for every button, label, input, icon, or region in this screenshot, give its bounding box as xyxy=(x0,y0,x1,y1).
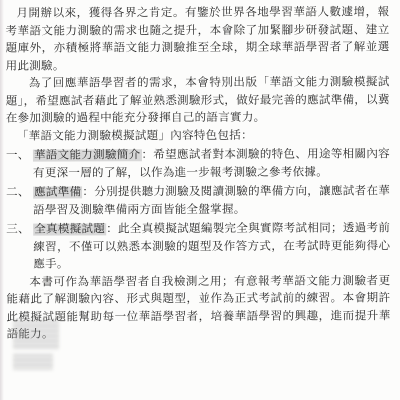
features-intro-line: 「華語文能力測驗模擬試題」內容特色包括： xyxy=(6,127,390,146)
list-item-2-number: 二、 xyxy=(6,185,33,220)
list-item-3-body: 全真模擬試題：此全真模擬試題編製完全與實際考試相同；透過考前練習，不僅可以熟悉本… xyxy=(33,220,390,274)
list-item-1-number: 一、 xyxy=(6,148,33,183)
faint-stamp-mark-upper xyxy=(13,320,59,350)
list-item-2-separator: ： xyxy=(82,186,94,198)
list-item-1-separator: ： xyxy=(141,149,153,161)
highlighted-heading-test-intro: 華語文能力測驗簡介 xyxy=(33,149,142,161)
list-item-3: 三、 全真模擬試題：此全真模擬試題編製完全與實際考試相同；透過考前練習，不僅可以… xyxy=(6,220,390,274)
list-item-1: 一、 華語文能力測驗簡介：希望應試者對本測驗的特色、用途等相關內容有更深一層的了… xyxy=(6,146,390,182)
list-item-3-number: 三、 xyxy=(6,222,33,275)
list-item-2-body: 應試準備：分別提供聽力測驗及閱讀測驗的準備方向，讓應試者在華語學習及測驗準備兩方… xyxy=(33,183,390,219)
list-item-1-body: 華語文能力測驗簡介：希望應試者對本測驗的特色、用途等相關內容有更深一層的了解，以… xyxy=(33,146,390,182)
paragraph-continuation: 月開辦以來，獲得各界之肯定。有鑒於世界各地學習華語人數遽增，報考華語文能力測驗的… xyxy=(5,4,389,75)
list-item-3-separator: ： xyxy=(106,223,118,235)
faint-stamp-texture xyxy=(13,354,53,370)
document-text-block: 月開辦以來，獲得各界之肯定。有鑒於世界各地學習華語人數遽增，報考華語文能力測驗的… xyxy=(0,0,400,344)
highlighted-heading-exam-prep: 應試準備 xyxy=(33,186,82,198)
list-item-2: 二、 應試準備：分別提供聽力測驗及閱讀測驗的準備方向，讓應試者在華語學習及測驗準… xyxy=(6,183,390,219)
highlighted-heading-mock-test: 全真模擬試題 xyxy=(33,223,106,235)
paragraph-closing: 本書可作為華語學習者自我檢測之用；有意報考華語文能力測驗者更能藉此了解測驗內容、… xyxy=(6,273,390,344)
paragraph-purpose: 為了回應華語學習者的需求，本會特別出版「華語文能力測驗模擬試題」，希望應試者藉此… xyxy=(6,74,390,128)
faint-stamp-texture xyxy=(13,320,59,350)
scanned-document-page: 月開辦以來，獲得各界之肯定。有鑒於世界各地學習華語人數遽增，報考華語文能力測驗的… xyxy=(0,0,400,400)
faint-stamp-mark-lower xyxy=(13,354,53,370)
